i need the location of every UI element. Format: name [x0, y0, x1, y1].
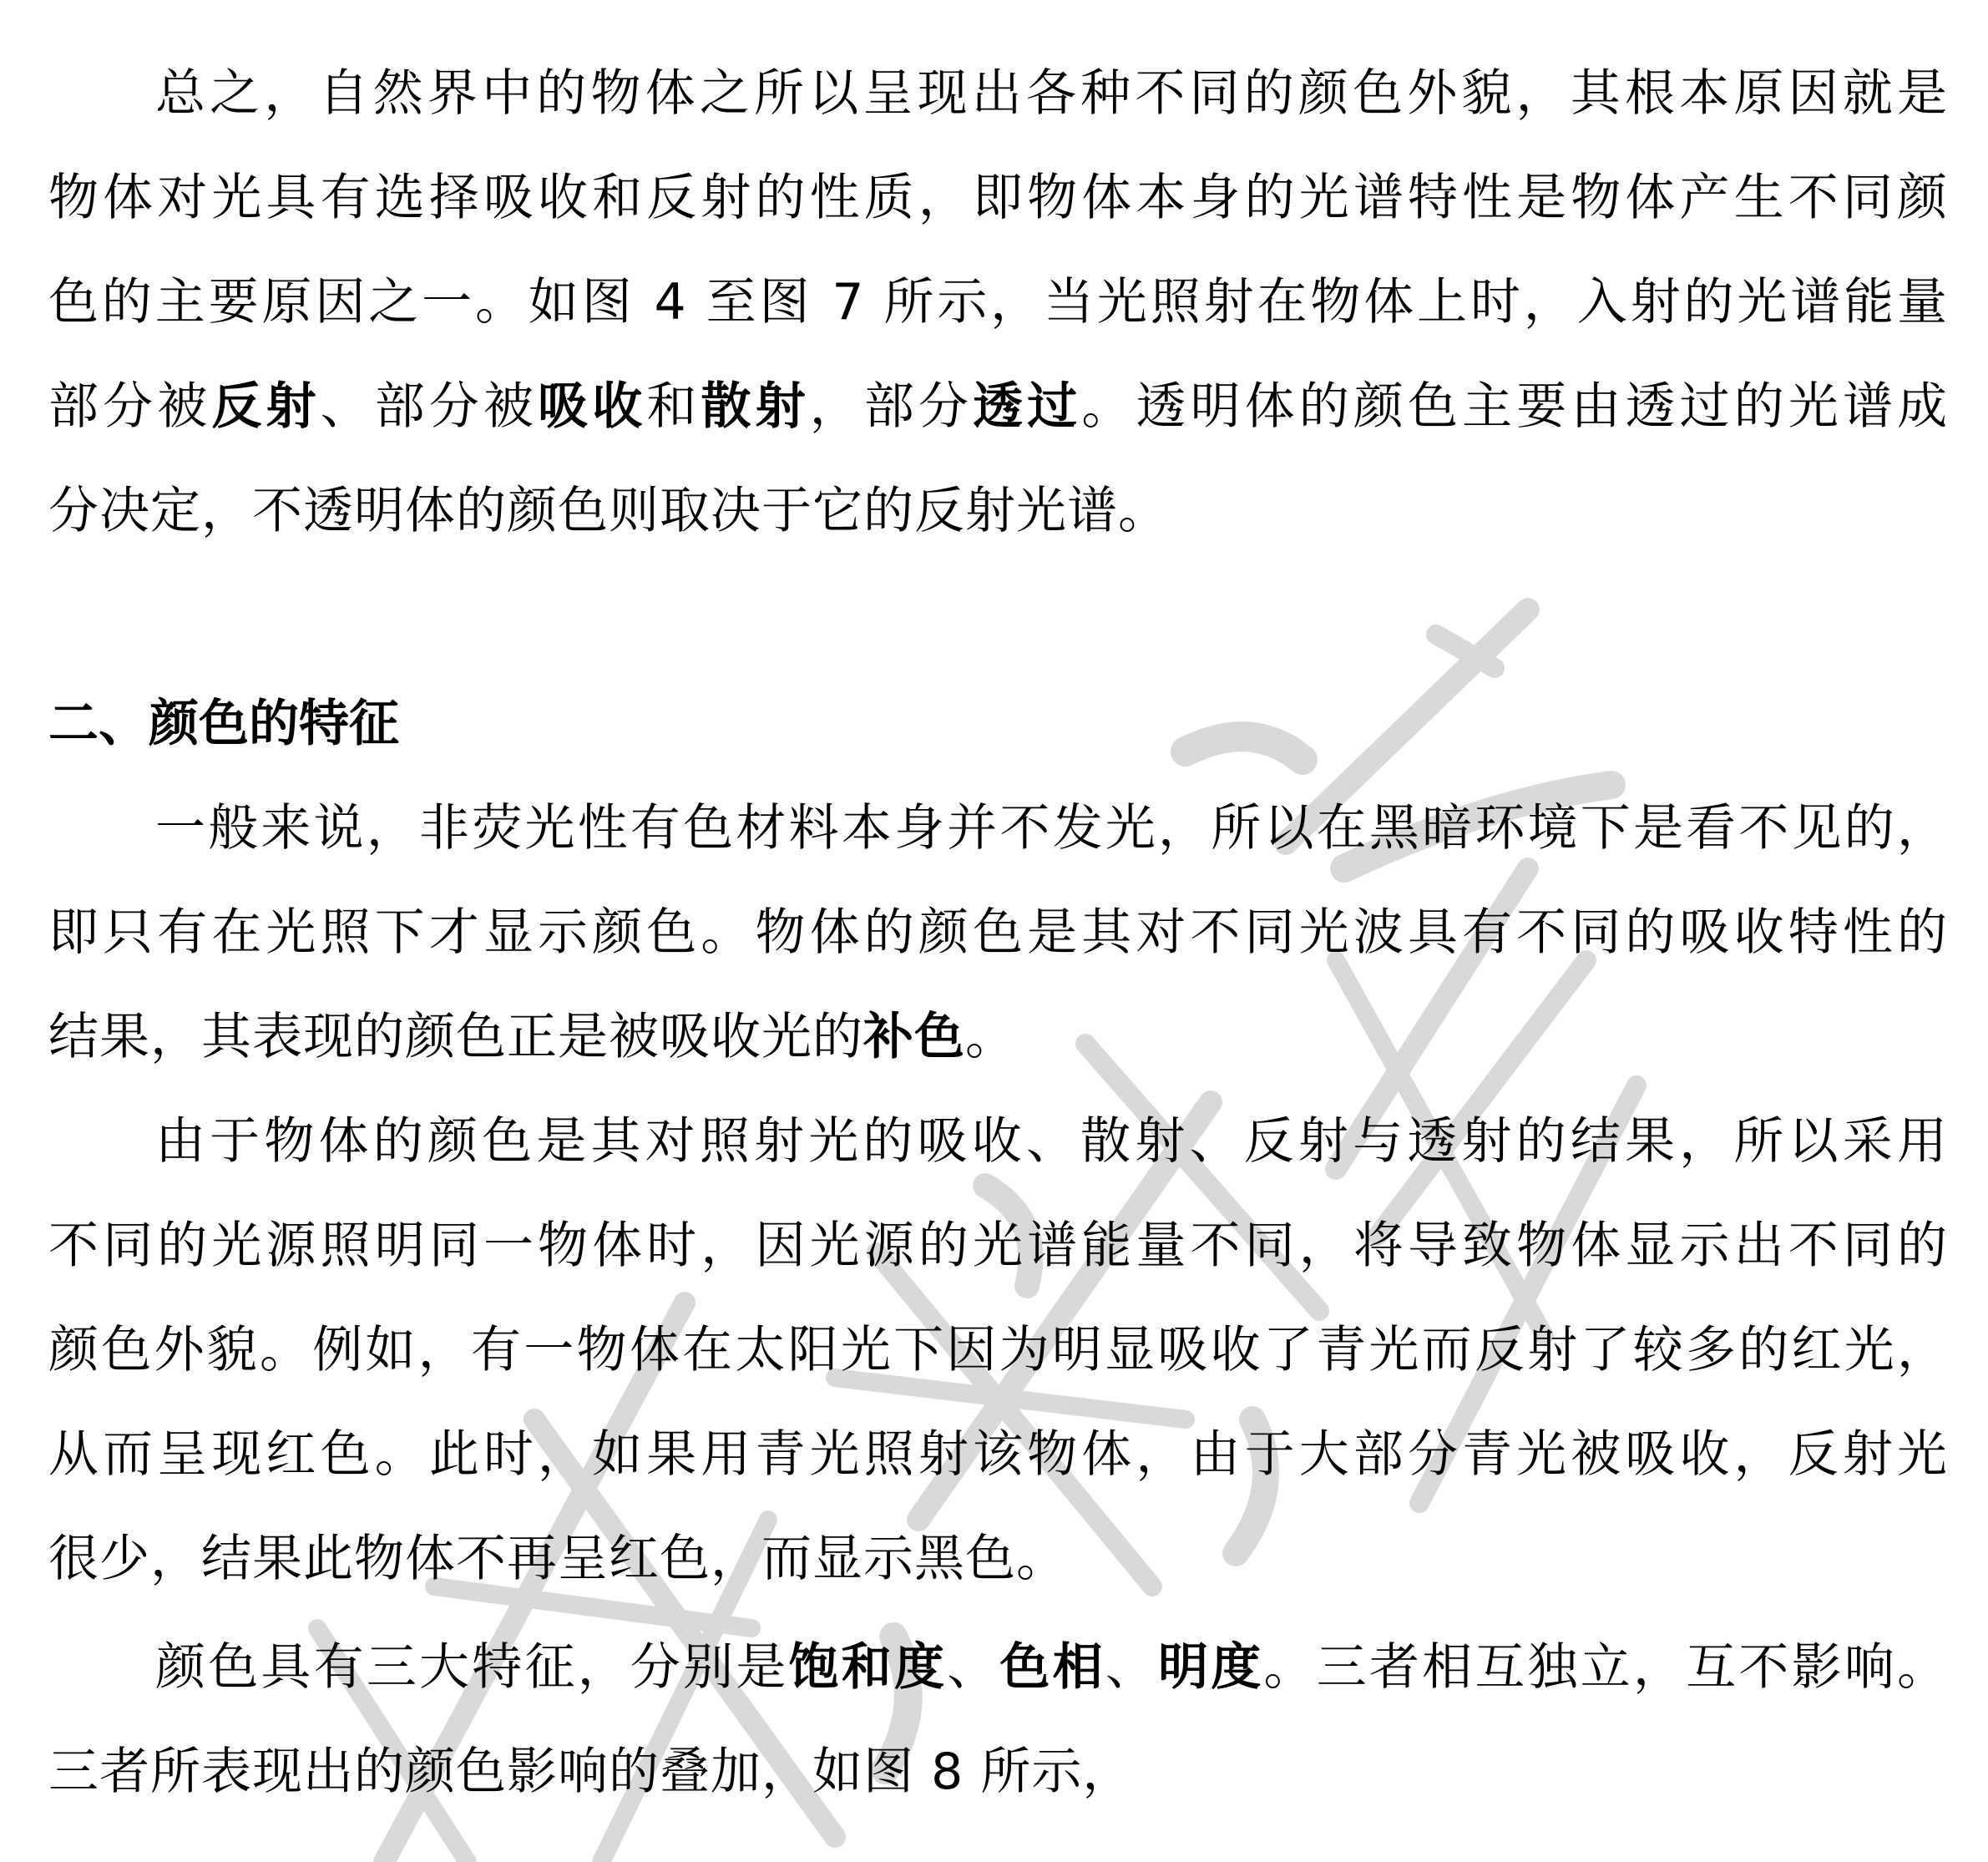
paragraph-line: 颜色具有三大特征，分别是饱和度、色相、明度。三者相互独立，互不影响。	[155, 1616, 1948, 1720]
section-heading: 二、颜色的特征	[48, 672, 399, 777]
bold-term-transmission: 透过	[973, 377, 1081, 436]
paragraph-line: 结果，其表现的颜色正是被吸收光的补色。	[48, 985, 1016, 1090]
bold-term-hue: 色相	[999, 1638, 1105, 1697]
paragraph-line: 即只有在光照下才显示颜色。物体的颜色是其对不同光波具有不同的吸收特性的	[48, 881, 1948, 985]
paragraph-line: 色的主要原因之一。如图 4 至图 7 所示，当光照射在物体上时，入射的光谱能量	[48, 250, 1948, 355]
paragraph-line: 不同的光源照明同一物体时，因光源的光谱能量不同，将导致物体显示出不同的	[48, 1194, 1948, 1298]
bold-term-lightness: 明度	[1158, 1638, 1263, 1697]
paragraph-line: 部分被反射、部分被吸收和散射，部分透过。透明体的颜色主要由透过的光谱成	[48, 355, 1948, 459]
bold-term-reflection: 反射	[211, 377, 320, 436]
paragraph-line: 颜色外貌。例如，有一物体在太阳光下因为明显吸收了青光而反射了较多的红光，	[48, 1298, 1948, 1403]
paragraph-line: 从而呈现红色。此时，如果用青光照射该物体，由于大部分青光被吸收，反射光	[48, 1403, 1948, 1507]
paragraph-line: 物体对光具有选择吸收和反射的性质，即物体本身的光谱特性是物体产生不同颜	[48, 146, 1948, 250]
bold-term-saturation: 饱和度	[789, 1638, 948, 1697]
bold-term-absorption: 吸收	[538, 377, 646, 436]
paragraph-line: 由于物体的颜色是其对照射光的吸收、散射、反射与透射的结果，所以采用	[155, 1090, 1948, 1194]
paragraph-line: 一般来说，非荧光性有色材料本身并不发光，所以在黑暗环境下是看不见的，	[155, 777, 1948, 881]
bold-term-complementary-color: 补色	[863, 1008, 965, 1066]
paragraph-line: 分决定，不透明体的颜色则取决于它的反射光谱。	[48, 459, 1169, 564]
paragraph-line: 总之，自然界中的物体之所以呈现出各种不同的颜色外貌，其根本原因就是	[155, 42, 1948, 146]
paragraph-line: 三者所表现出的颜色影响的叠加，如图 8 所示，	[48, 1720, 1133, 1824]
paragraph-line: 很少，结果此物体不再呈红色，而显示黑色。	[48, 1507, 1067, 1612]
bold-term-scattering: 散射	[701, 377, 809, 436]
